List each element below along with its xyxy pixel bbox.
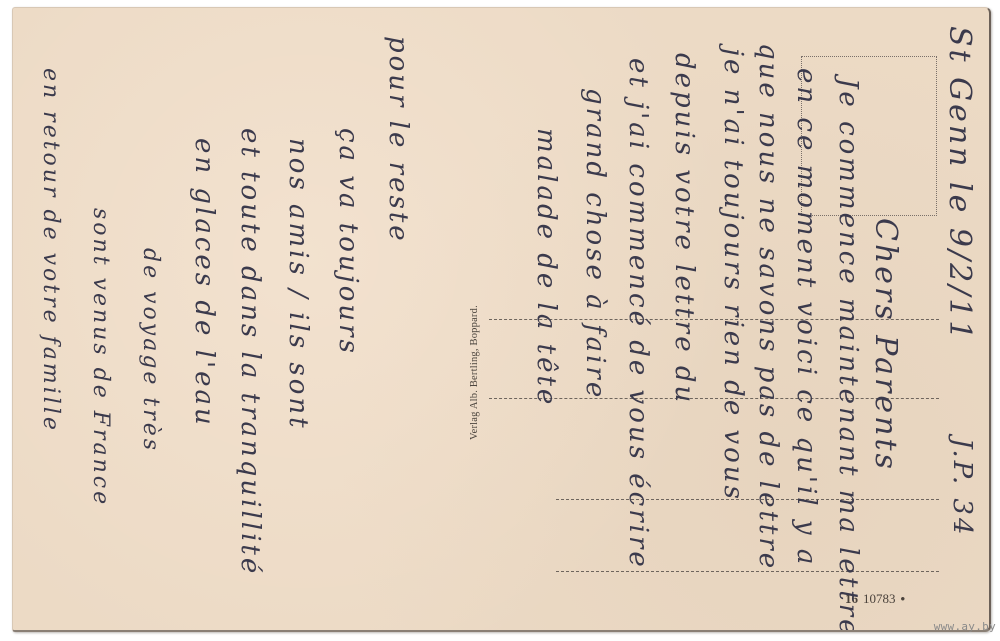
handwriting-line-5: depuis votre lettre du <box>669 53 699 405</box>
handwriting-line-8: malade de la tête <box>531 128 561 407</box>
handwriting-line-15: sont venus de France <box>88 208 113 507</box>
card-number-dot: • <box>901 591 906 606</box>
handwriting-line-2: en ce moment voici ce qu'il y a <box>791 68 821 567</box>
handwriting-marker: J.P. 34 <box>947 438 977 538</box>
image-stage: Verlag Alb. Bertling, Boppard. 1610783• … <box>0 0 1000 641</box>
handwriting-place-date: St Genn le 9/2/11 <box>942 26 977 343</box>
handwriting-line-4: je n'ai toujours rien de vous <box>718 48 748 502</box>
handwriting-line-3: que nous ne savons pas de lettre <box>753 43 783 571</box>
handwriting-line-6: et j'ai commencé de vous écrire <box>623 58 653 570</box>
handwriting-line-16: en retour de votre famille <box>38 68 63 433</box>
handwriting-line-10: ça va toujours <box>333 128 363 356</box>
publisher-imprint: Verlag Alb. Bertling, Boppard. <box>469 305 480 440</box>
stamp-box <box>801 56 937 216</box>
handwriting-line-12: et toute dans la tranquillité <box>235 128 265 576</box>
handwriting-salutation: Chers Parents <box>868 218 903 472</box>
handwriting-line-13: en glaces de l'eau <box>189 138 219 428</box>
handwriting-line-9: pour le reste <box>383 36 413 244</box>
watermark: www.ay.by <box>934 620 996 633</box>
postcard: Verlag Alb. Bertling, Boppard. 1610783• … <box>12 7 991 632</box>
handwriting-line-11: nos amis / ils sont <box>283 138 313 431</box>
handwriting-line-7: grand chose à faire <box>580 88 610 400</box>
address-line-4 <box>556 571 939 572</box>
card-number-value: 10783 <box>863 591 896 606</box>
handwriting-line-14: de voyage très <box>138 248 163 453</box>
handwriting-line-1: Je commence maintenant ma lettre <box>833 78 863 632</box>
